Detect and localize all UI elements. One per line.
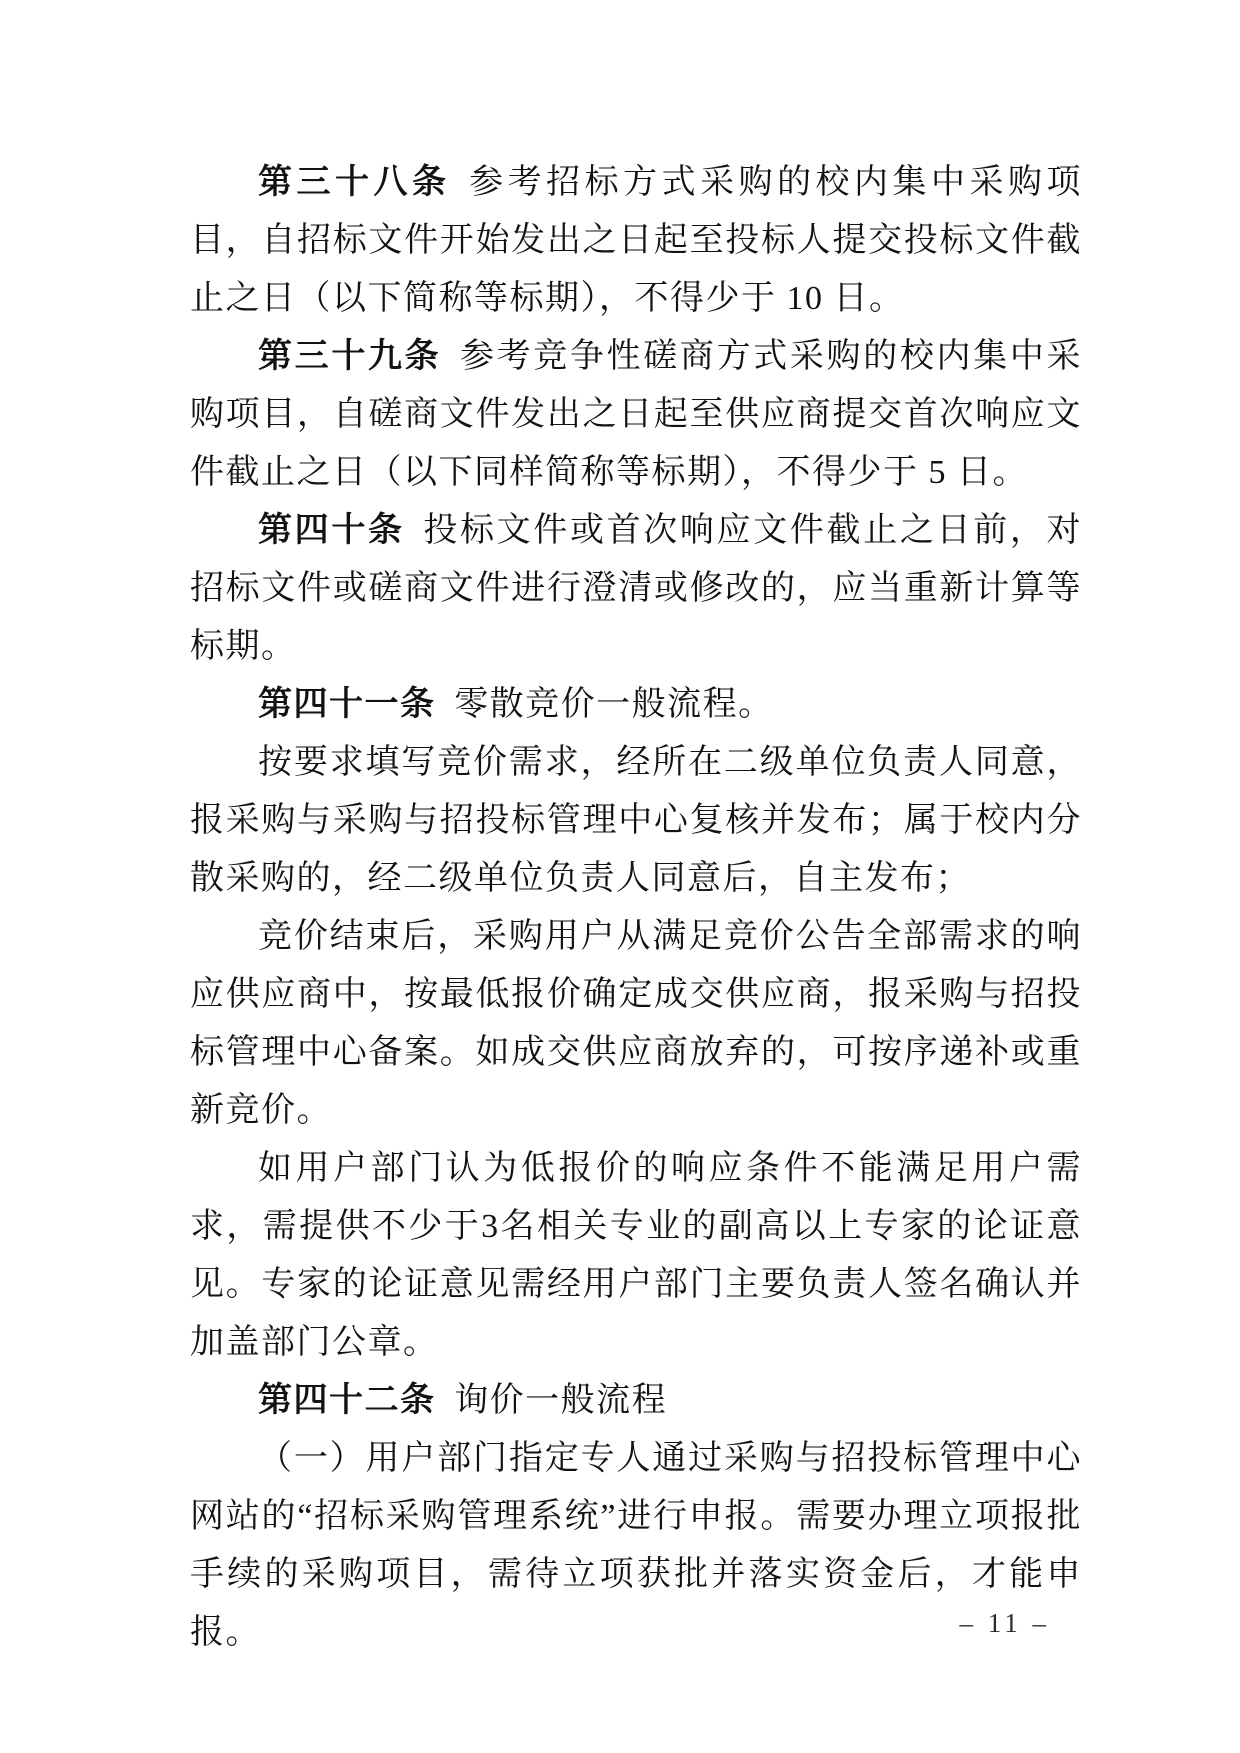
paragraph-inquiry-step-1: （一）用户部门指定专人通过采购与招投标管理中心网站的“招标采购管理系统”进行申报… xyxy=(190,1430,1082,1662)
paragraph-article-39: 第三十九条参考竞争性磋商方式采购的校内集中采购项目，自磋商文件发出之日起至供应商… xyxy=(190,328,1082,502)
paragraph-bidding-demand-text: 按要求填写竞价需求，经所在二级单位负责人同意，报采购与采购与招投标管理中心复核并… xyxy=(190,744,1082,897)
article-39-number: 第三十九条 xyxy=(258,338,441,375)
article-41-text: 零散竞价一般流程。 xyxy=(454,686,774,723)
article-38-number: 第三十八条 xyxy=(258,164,450,201)
paragraph-article-41: 第四十一条零散竞价一般流程。 xyxy=(190,676,1082,734)
paragraph-inquiry-step-1-text: （一）用户部门指定专人通过采购与招投标管理中心网站的“招标采购管理系统”进行申报… xyxy=(190,1440,1082,1651)
paragraph-article-38: 第三十八条参考招标方式采购的校内集中采购项目，自招标文件开始发出之日起至投标人提… xyxy=(190,154,1082,328)
paragraph-expert-opinion: 如用户部门认为低报价的响应条件不能满足用户需求，需提供不少于3名相关专业的副高以… xyxy=(190,1140,1082,1372)
paragraph-expert-opinion-text: 如用户部门认为低报价的响应条件不能满足用户需求，需提供不少于3名相关专业的副高以… xyxy=(190,1150,1082,1361)
paragraph-bidding-result-text: 竞价结束后，采购用户从满足竞价公告全部需求的响应供应商中，按最低报价确定成交供应… xyxy=(190,918,1082,1129)
document-body: 第三十八条参考招标方式采购的校内集中采购项目，自招标文件开始发出之日起至投标人提… xyxy=(190,154,1082,1662)
article-40-number: 第四十条 xyxy=(258,512,405,549)
article-42-number: 第四十二条 xyxy=(258,1382,436,1419)
paragraph-article-42: 第四十二条询价一般流程 xyxy=(190,1372,1082,1430)
paragraph-article-40: 第四十条投标文件或首次响应文件截止之日前，对招标文件或磋商文件进行澄清或修改的，… xyxy=(190,502,1082,676)
page-number: – 11 – xyxy=(960,1606,1051,1640)
document-page: 第三十八条参考招标方式采购的校内集中采购项目，自招标文件开始发出之日起至投标人提… xyxy=(0,0,1240,1753)
paragraph-bidding-demand: 按要求填写竞价需求，经所在二级单位负责人同意，报采购与采购与招投标管理中心复核并… xyxy=(190,734,1082,908)
article-42-text: 询价一般流程 xyxy=(454,1382,667,1419)
article-41-number: 第四十一条 xyxy=(258,686,436,723)
paragraph-bidding-result: 竞价结束后，采购用户从满足竞价公告全部需求的响应供应商中，按最低报价确定成交供应… xyxy=(190,908,1082,1140)
